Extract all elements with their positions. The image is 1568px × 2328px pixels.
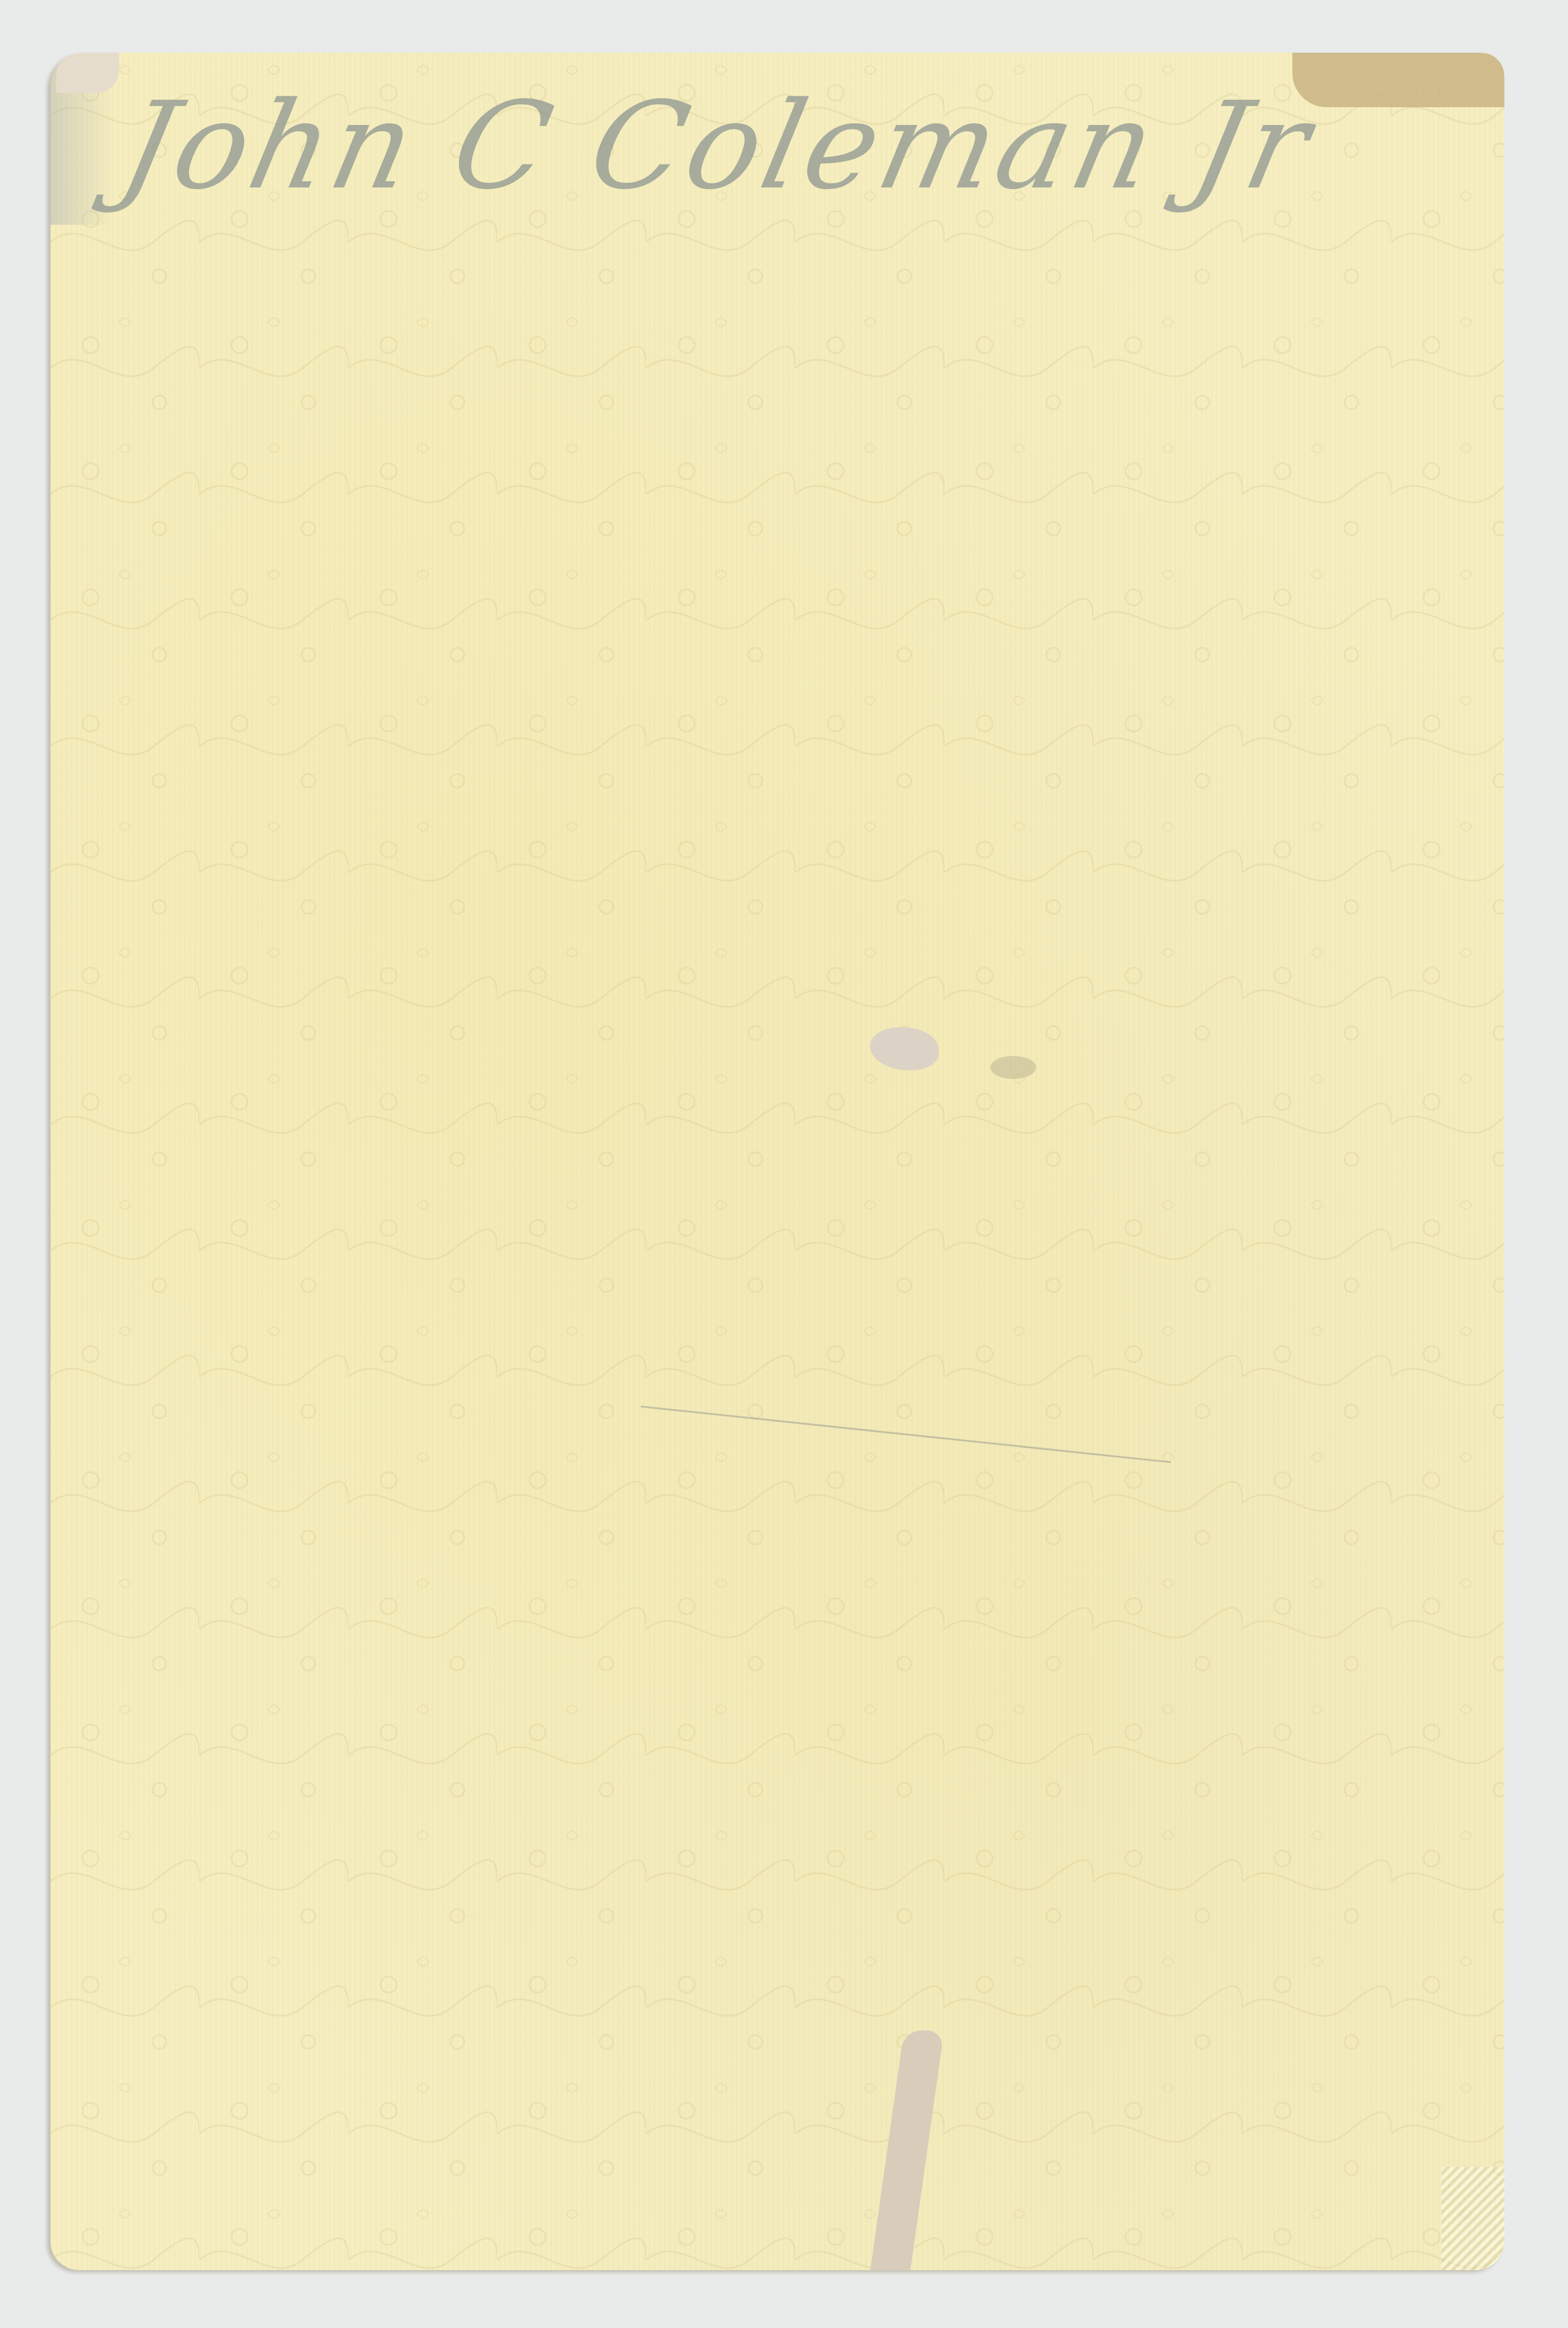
corner-chip-top-left — [56, 53, 119, 93]
handwritten-inscription: John C Coleman Jr — [110, 76, 1324, 216]
stain-top-right — [1292, 53, 1504, 107]
photo-card-back: John C Coleman Jr — [50, 53, 1504, 2270]
corner-crease-bottom-right — [1441, 2167, 1504, 2270]
smudge — [990, 1056, 1036, 1079]
floral-background-pattern — [50, 53, 1504, 2270]
